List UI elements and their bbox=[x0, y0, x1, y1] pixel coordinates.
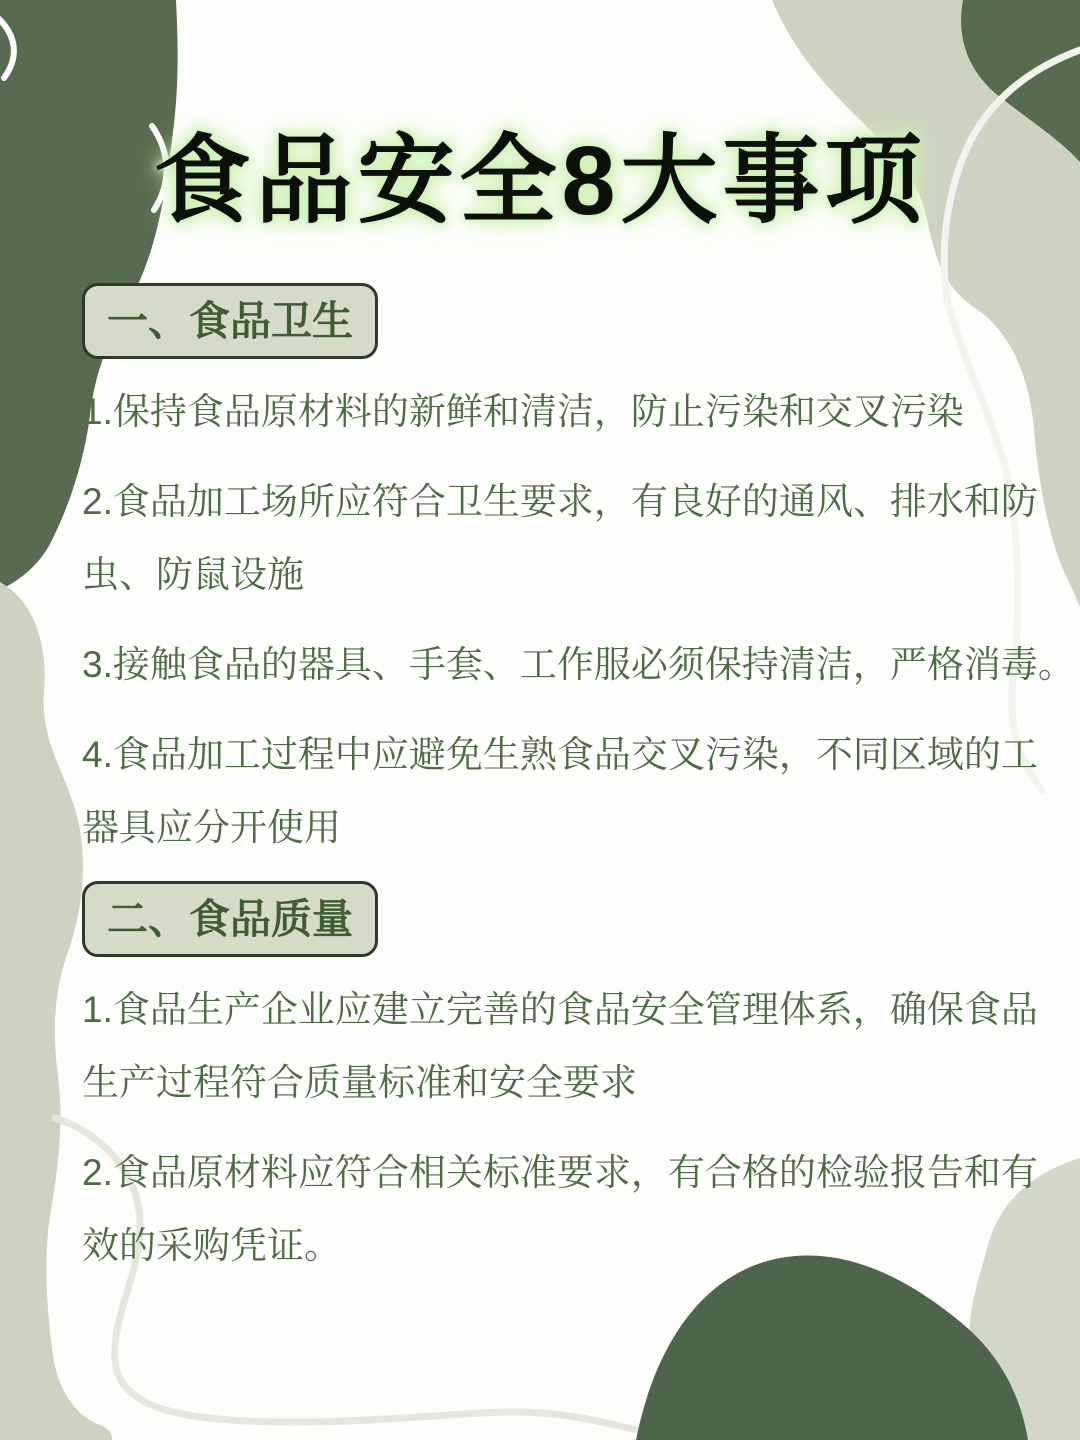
list-item-line: 器具应分开使用 bbox=[82, 791, 1042, 864]
list-item-line: 虫、防鼠设施 bbox=[82, 538, 1042, 611]
section-heading-food-quality: 二、食品质量 bbox=[82, 881, 378, 957]
list-item: 4.食品加工过程中应避免生熟食品交叉污染，不同区域的工 器具应分开使用 bbox=[82, 718, 1042, 864]
list-item: 2.食品加工场所应符合卫生要求，有良好的通风、排水和防 虫、防鼠设施 bbox=[82, 465, 1042, 611]
list-item: 2.食品原材料应符合相关标准要求，有合格的检验报告和有 效的采购凭证。 bbox=[82, 1136, 1042, 1282]
list-item-line: 2.食品原材料应符合相关标准要求，有合格的检验报告和有 bbox=[82, 1136, 1042, 1209]
list-item-line: 2.食品加工场所应符合卫生要求，有良好的通风、排水和防 bbox=[82, 465, 1042, 538]
list-item: 3.接触食品的器具、手套、工作服必须保持清洁，严格消毒。 bbox=[82, 628, 1042, 701]
list-item-line: 生产过程符合质量标准和安全要求 bbox=[82, 1046, 1042, 1119]
list-item-line: 4.食品加工过程中应避免生熟食品交叉污染，不同区域的工 bbox=[82, 718, 1042, 791]
list-item: 1.保持食品原材料的新鲜和清洁，防止污染和交叉污染 bbox=[82, 375, 1042, 448]
list-item-line: 3.接触食品的器具、手套、工作服必须保持清洁，严格消毒。 bbox=[82, 628, 1042, 701]
section-heading-food-hygiene: 一、食品卫生 bbox=[82, 283, 378, 359]
section-heading-label: 二、食品质量 bbox=[107, 896, 353, 942]
section-food-quality: 二、食品质量 1.食品生产企业应建立完善的食品安全管理体系，确保食品 生产过程符… bbox=[82, 881, 1042, 1282]
list-item: 1.食品生产企业应建立完善的食品安全管理体系，确保食品 生产过程符合质量标准和安… bbox=[82, 973, 1042, 1119]
list-item-line: 效的采购凭证。 bbox=[82, 1209, 1042, 1282]
content: 一、食品卫生 1.保持食品原材料的新鲜和清洁，防止污染和交叉污染 2.食品加工场… bbox=[82, 283, 1042, 1299]
food-safety-poster: 食品安全8大事项 一、食品卫生 1.保持食品原材料的新鲜和清洁，防止污染和交叉污… bbox=[0, 0, 1080, 1440]
list-item-line: 1.食品生产企业应建立完善的食品安全管理体系，确保食品 bbox=[82, 973, 1042, 1046]
section-heading-label: 一、食品卫生 bbox=[107, 298, 353, 344]
page-title: 食品安全8大事项 bbox=[0, 102, 1080, 242]
list-item-line: 1.保持食品原材料的新鲜和清洁，防止污染和交叉污染 bbox=[82, 375, 1042, 448]
section-food-hygiene: 一、食品卫生 1.保持食品原材料的新鲜和清洁，防止污染和交叉污染 2.食品加工场… bbox=[82, 283, 1042, 864]
